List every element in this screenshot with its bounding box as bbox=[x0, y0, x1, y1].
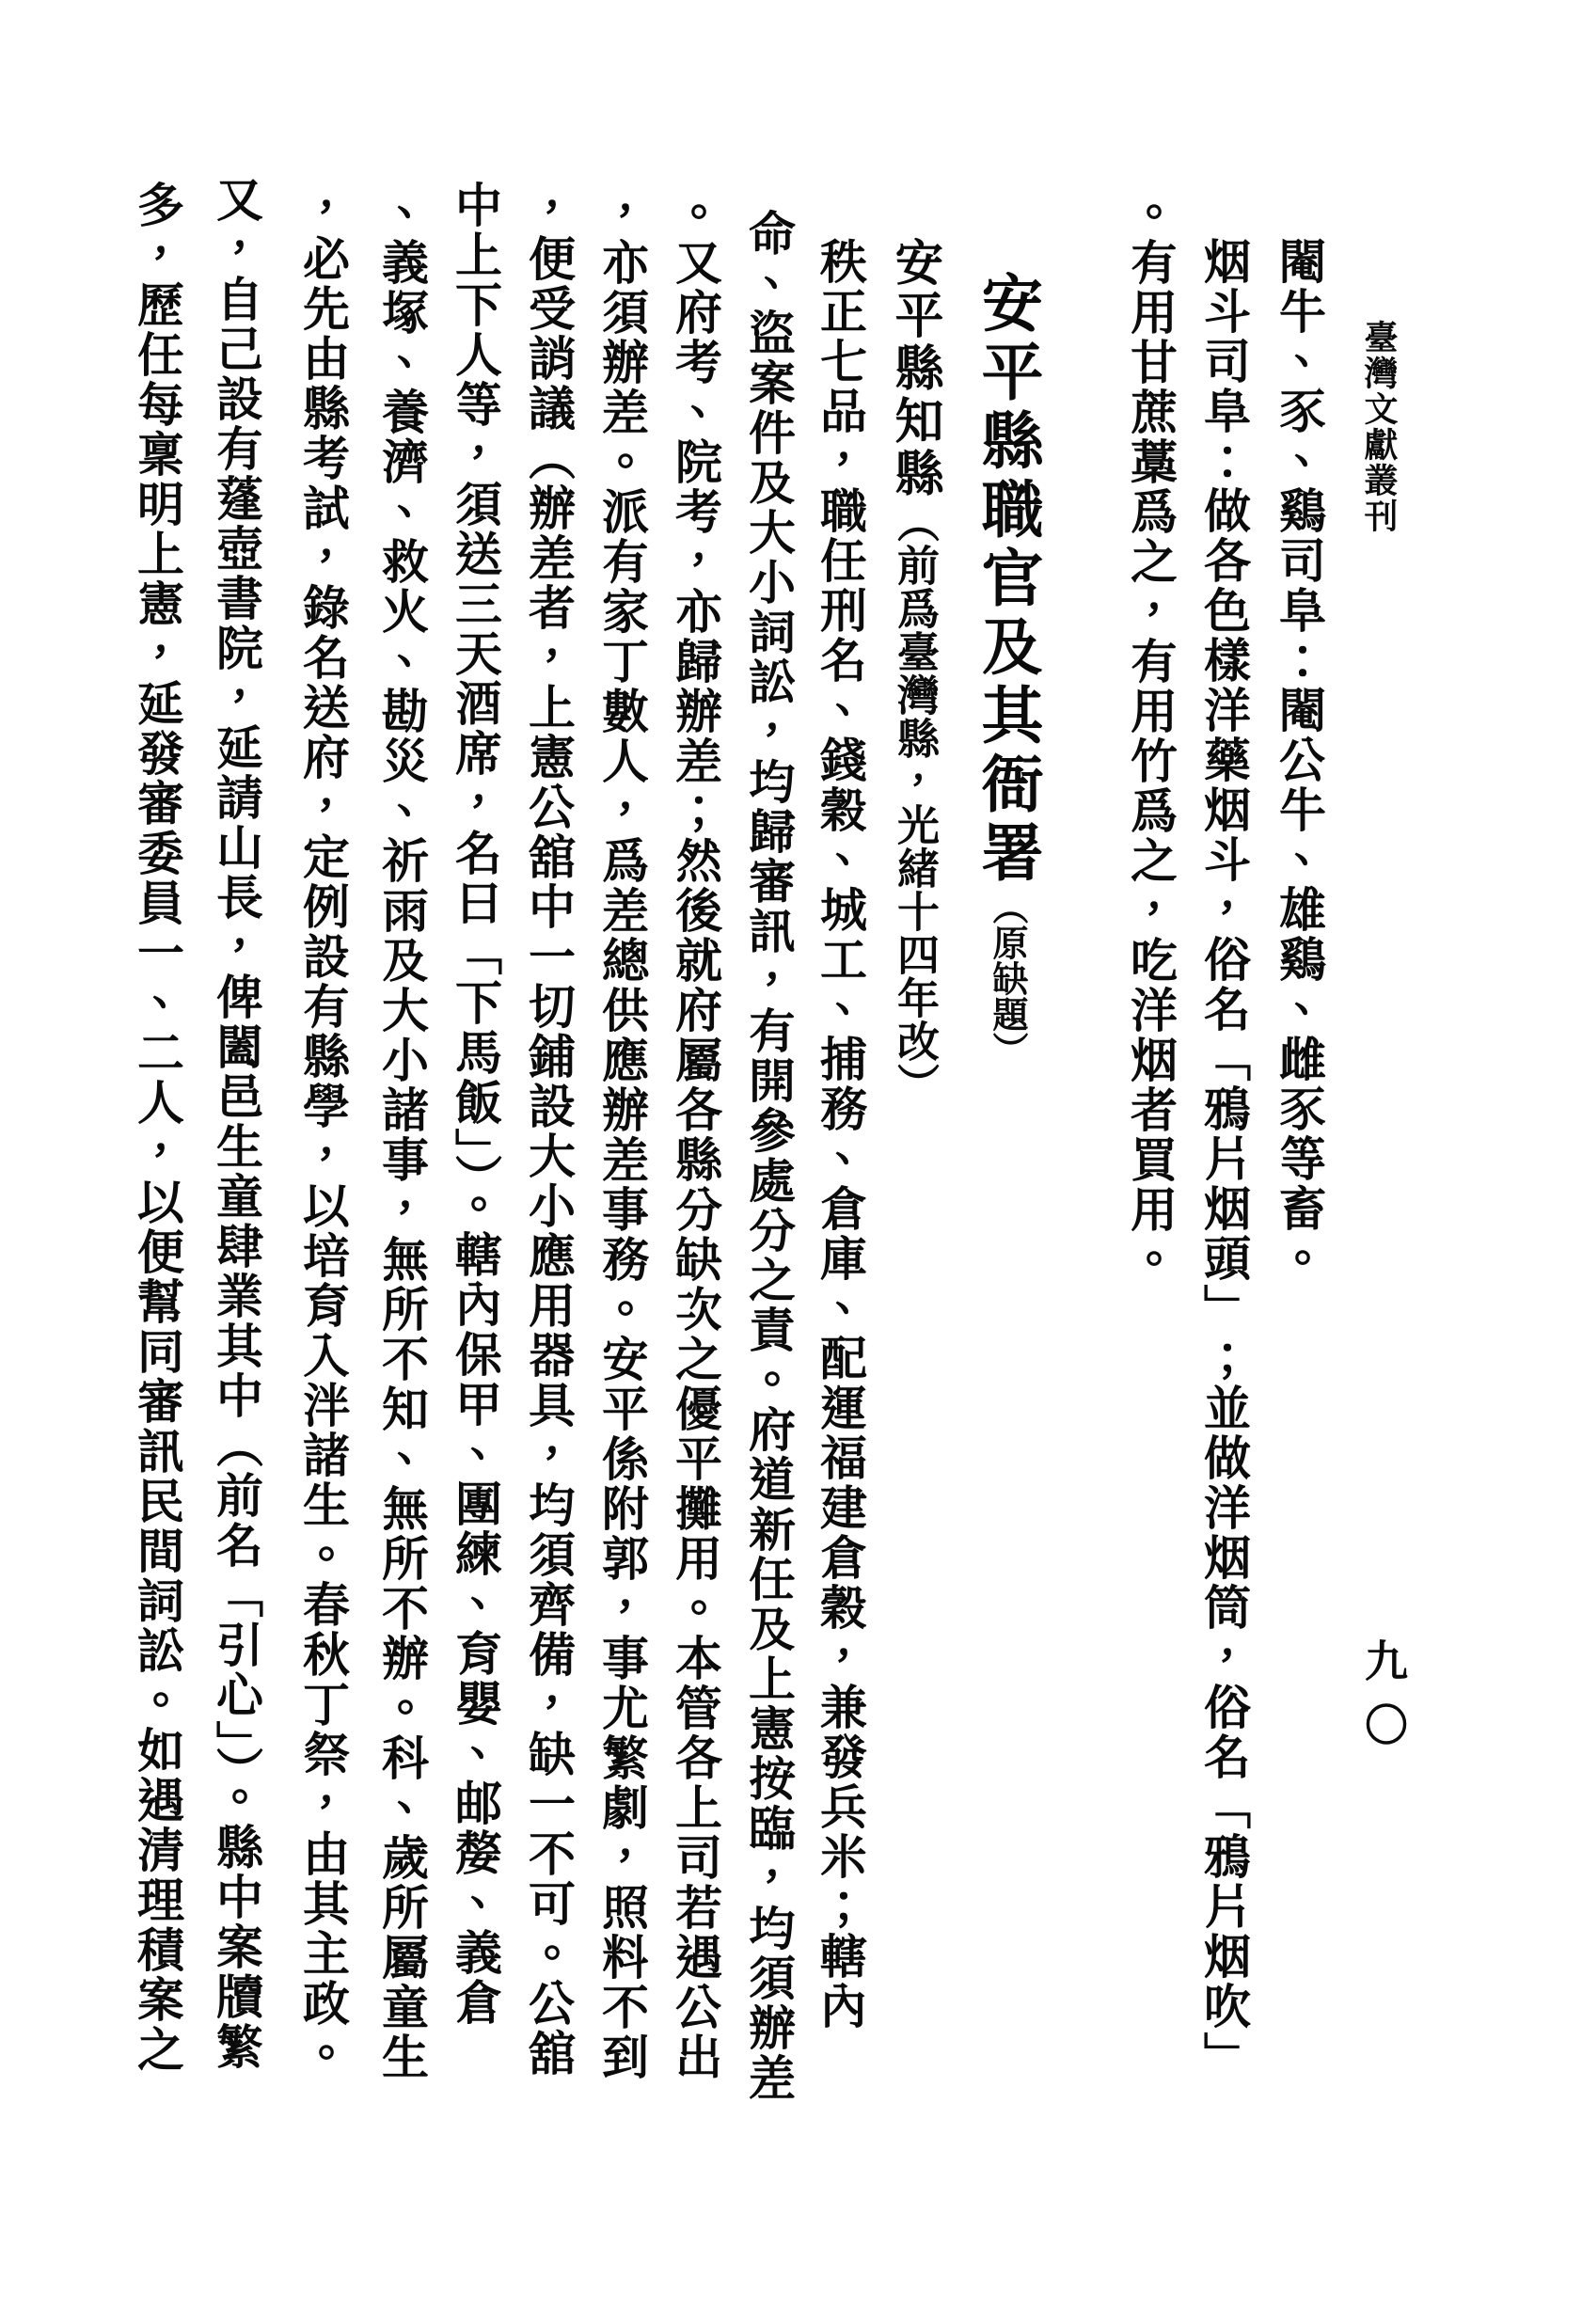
text-column-3: 。有用甘蔗藁爲之，有用竹爲之，吃洋烟者買用。 bbox=[1127, 188, 1174, 1285]
text-column-9: ，便受誚議（辦差者，上憲公舘中一切鋪設大小應用器具，均須齊備，缺一不可。公舘 bbox=[525, 184, 572, 2079]
entry-heading-note: （前爲臺灣縣，光緒十四年改） bbox=[890, 500, 940, 1106]
section-title-note: （原缺題） bbox=[987, 889, 1029, 1067]
text-column-10: 中上下人等，須送三天酒席，名曰「下馬飯」）。轄內保甲、團練、育嬰、邮嫠、義倉 bbox=[451, 181, 498, 2028]
text-column-12: ，必先由縣考試，錄名送府，定例設有縣學，以培育入泮諸生。春秋丁祭，由其主政。 bbox=[299, 184, 346, 2079]
text-column-11: 、義塚、養濟、救火、勘災、祈雨及大小諸事，無所不知、無所不辦。科、歲所屬童生 bbox=[378, 188, 425, 2082]
section-title-text: 安平縣職官及其衙署 bbox=[971, 271, 1044, 889]
scanned-book-page: 臺灣文獻叢刊 九〇 閹牛、豕、鷄司阜：閹公牛、雄鷄、雌豕等畜。 烟斗司阜：做各色… bbox=[0, 0, 1582, 2324]
text-column-8: ，亦須辦差。派有家丁數人，爲差總供應辦差事務。安平係附郭，事尤繁劇，照料不到 bbox=[598, 188, 645, 2082]
entry-heading: 安平縣知縣（前爲臺灣縣，光緒十四年改） bbox=[890, 237, 939, 1106]
text-column-14: 多，歷任每稟明上憲，延發審委員一、二人，以便幫同審訊民間詞訟。如遇清理積案之 bbox=[134, 181, 181, 2075]
text-column-6: 命、盜案件及大小詞訟，均歸審訊，有開參處分之責。府道新任及上憲按臨，均須辦差 bbox=[745, 209, 792, 2103]
text-column-1: 閹牛、豕、鷄司阜：閹公牛、雄鷄、雌豕等畜。 bbox=[1275, 237, 1322, 1284]
text-column-2: 烟斗司阜：做各色樣洋藥烟斗，俗名「鴉片烟頭」；並做洋烟筒，俗名「鴉片烟吹」 bbox=[1200, 237, 1247, 2081]
text-column-5: 秩正七品，職任刑名、錢穀、城工、捕務、倉庫、配運福建倉穀，兼發兵米；轄內 bbox=[816, 237, 863, 2032]
section-title: 安平縣職官及其衙署（原缺題） bbox=[976, 271, 1038, 1067]
series-masthead: 臺灣文獻叢刊 bbox=[1362, 320, 1396, 534]
text-column-13: 又，自己設有蓬壺書院，延請山長，俾闔邑生童肆業其中（前名「引心」）。縣中案牘繁 bbox=[213, 175, 260, 2072]
page-number: 九〇 bbox=[1362, 1638, 1405, 1766]
entry-heading-text: 安平縣知縣 bbox=[886, 237, 943, 500]
text-column-7: 。又府考、院考，亦歸辦差；然後就府屬各縣分缺次之優平攤用。本管各上司若遇公出 bbox=[672, 188, 719, 2082]
